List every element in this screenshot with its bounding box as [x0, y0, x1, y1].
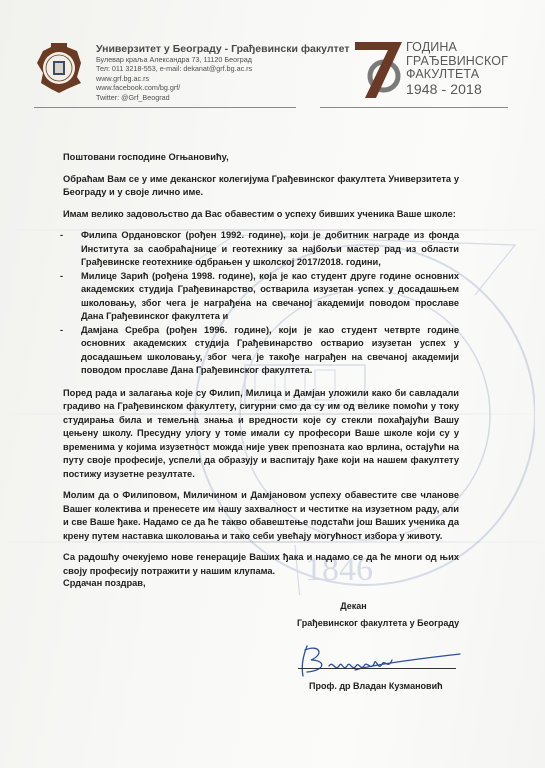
closing: Срдачан поздрав, — [63, 578, 146, 588]
anniversary-line1: ГОДИНА — [406, 41, 508, 55]
header-divider — [34, 107, 296, 108]
list-item-text: Милице Зарић (рођена 1998. године), која… — [81, 271, 459, 322]
signer-institution: Грађевинског факултета у Београду — [297, 618, 459, 628]
seventy-logo-icon — [352, 38, 404, 100]
list-item: - Филипа Ордановског (рођен 1992. године… — [63, 229, 459, 270]
list-marker: - — [60, 270, 63, 284]
list-item-text: Дамјана Сребра (рођен 1996. године), кој… — [81, 325, 459, 376]
lead-paragraph: Имам велико задовољство да Вас обавестим… — [63, 208, 459, 222]
anniversary-line2: ГРАЂЕВИНСКОГ — [406, 55, 508, 69]
signer-name: Проф. др Владан Кузмановић — [309, 681, 443, 691]
list-marker: - — [60, 229, 63, 243]
institution-address: Булевар краља Александра 73, 11120 Беогр… — [96, 55, 350, 64]
institution-facebook: www.facebook.com/bg.grf/ — [96, 83, 350, 92]
students-list: - Филипа Ордановског (рођен 1992. године… — [63, 229, 459, 378]
body-paragraph-3: Са радошћу очекујемо нове генерације Ваш… — [63, 551, 459, 578]
letter-page: 1846 Универзитет у Београду - Грађевинск… — [0, 0, 545, 768]
list-marker: - — [60, 324, 63, 338]
institution-header: Универзитет у Београду - Грађевински фак… — [96, 43, 350, 102]
body-paragraph-1: Поред рада и залагања које су Филип, Мил… — [63, 387, 459, 482]
signature-line — [298, 668, 456, 669]
body-paragraph-2: Молим да о Филиповом, Миличином и Дамјан… — [63, 489, 459, 543]
anniversary-text: ГОДИНА ГРАЂЕВИНСКОГ ФАКУЛТЕТА 1948 - 201… — [406, 41, 508, 97]
institution-contact: Тел: 011 3218-553, e-mail: dekanat@grf.b… — [96, 64, 350, 73]
list-item: - Милице Зарић (рођена 1998. године), ко… — [63, 270, 459, 324]
salutation: Поштовани господине Огњановићу, — [63, 151, 459, 165]
institution-website: www.grf.bg.ac.rs — [96, 74, 350, 83]
institution-twitter: Twitter: @Grf_Beograd — [96, 93, 350, 102]
institution-name: Универзитет у Београду - Грађевински фак… — [96, 43, 350, 55]
signer-title: Декан — [296, 601, 411, 611]
list-item: - Дамјана Сребра (рођен 1996. године), к… — [63, 324, 459, 378]
anniversary-line3: ФАКУЛТЕТА — [406, 68, 508, 82]
intro-paragraph: Обраћам Вам се у име деканског колегијум… — [63, 173, 459, 200]
list-item-text: Филипа Ордановског (рођен 1992. године),… — [81, 230, 459, 267]
anniversary-years: 1948 - 2018 — [406, 82, 508, 97]
handwritten-signature-icon — [285, 640, 465, 684]
faculty-seal-icon — [37, 43, 81, 93]
letter-body: Поштовани господине Огњановићу, Обраћам … — [63, 151, 459, 586]
header-divider — [320, 107, 508, 108]
